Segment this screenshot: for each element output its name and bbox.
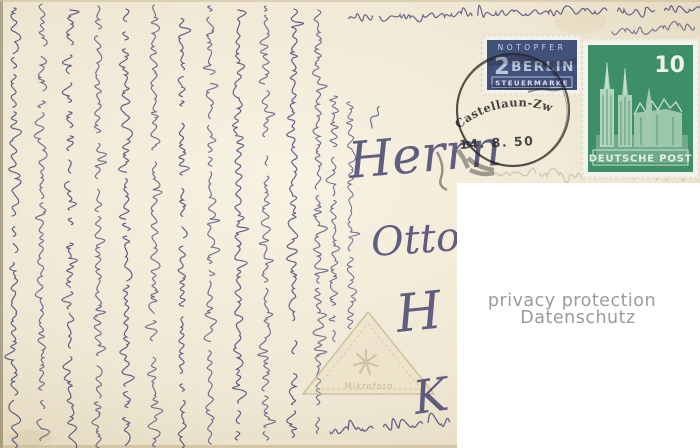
stamp-denomination: 10 bbox=[654, 53, 685, 78]
notopfer-top-label: NOTOPFER bbox=[498, 43, 567, 52]
privacy-text-de: Datenschutz bbox=[520, 308, 635, 328]
scan-edge-left bbox=[0, 0, 3, 448]
address-line3: H bbox=[392, 280, 446, 345]
postcard-scan: Mikrofoto Herrn Otto H K NOTOPFER 2 BERL… bbox=[0, 0, 700, 448]
privacy-overlay: privacy protection Datenschutz bbox=[457, 183, 700, 448]
scan-edge-top bbox=[0, 0, 700, 2]
bauten-stamp: 10 DEUTSCHE POST bbox=[580, 37, 700, 180]
postcard-back: Mikrofoto Herrn Otto H K NOTOPFER 2 BERL… bbox=[0, 0, 700, 448]
cancel-smudge bbox=[490, 86, 550, 88]
photographer-mark-label: Mikrofoto bbox=[345, 382, 394, 392]
stamp-country-label: DEUTSCHE POST bbox=[589, 154, 693, 165]
notopfer-stamp: NOTOPFER 2 BERLIN STEUERMARKE bbox=[480, 33, 584, 97]
address-name: Otto bbox=[369, 214, 461, 266]
cancel-smudge bbox=[488, 60, 576, 64]
